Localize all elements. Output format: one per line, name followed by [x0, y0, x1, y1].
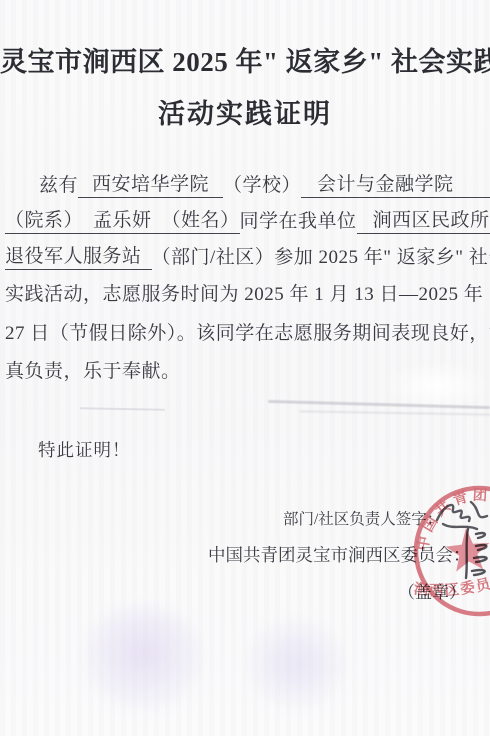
- dept-and-name-blank: （院系） 孟乐妍 （姓名）: [5, 209, 240, 234]
- certificate-title-line2: 活动实践证明: [0, 92, 490, 131]
- body-line-5: 27 日（节假日除外）。该同学在志愿服务期间表现良好，认: [5, 318, 490, 345]
- college-name-blank: 会计与金融学院: [301, 173, 490, 198]
- school-name-blank: 西安培华学院: [78, 173, 223, 198]
- after-name-text: 同学在我单位: [240, 210, 357, 234]
- body-line-3: 退役军人服务站 （部门/社区）参加 2025 年" 返家乡" 社会: [5, 240, 490, 270]
- erased-line-remnant-right2: [300, 410, 490, 415]
- svg-text:中国共青团灵宝市: 中国共青团灵宝市: [409, 480, 490, 554]
- watermark-smudge-right: [247, 620, 345, 708]
- seal-arc-text: 中国共青团灵宝市: [409, 480, 490, 554]
- certificate-title-line1: 灵宝市涧西区 2025 年" 返家乡" 社会实践: [0, 40, 490, 79]
- closing-statement: 特此证明！: [38, 437, 131, 462]
- line3-rest-text: （部门/社区）参加 2025 年" 返家乡" 社会: [152, 246, 490, 270]
- red-official-seal: 中国共青团灵宝市 涧西区委员会: [392, 466, 490, 641]
- station-name-blank: 退役军人服务站: [5, 245, 152, 270]
- unit-name-blank: 涧西区民政所，: [357, 209, 490, 234]
- watermark-smudge-left: [83, 608, 203, 710]
- body-line-1: 兹有 西安培华学院 （学校） 会计与金融学院: [5, 168, 490, 198]
- seal-star-icon: [444, 526, 490, 572]
- body-line-4: 实践活动，志愿服务时间为 2025 年 1 月 13 日—2025 年 1 月: [5, 279, 490, 306]
- body-line-2: （院系） 孟乐妍 （姓名） 同学在我单位 涧西区民政所，: [5, 204, 490, 234]
- certificate-document: 灵宝市涧西区 2025 年" 返家乡" 社会实践 活动实践证明 兹有 西安培华学…: [0, 0, 490, 736]
- school-label: （学校）: [223, 174, 301, 198]
- erased-line-remnant-left: [80, 407, 165, 410]
- body-intro: 兹有: [39, 174, 78, 198]
